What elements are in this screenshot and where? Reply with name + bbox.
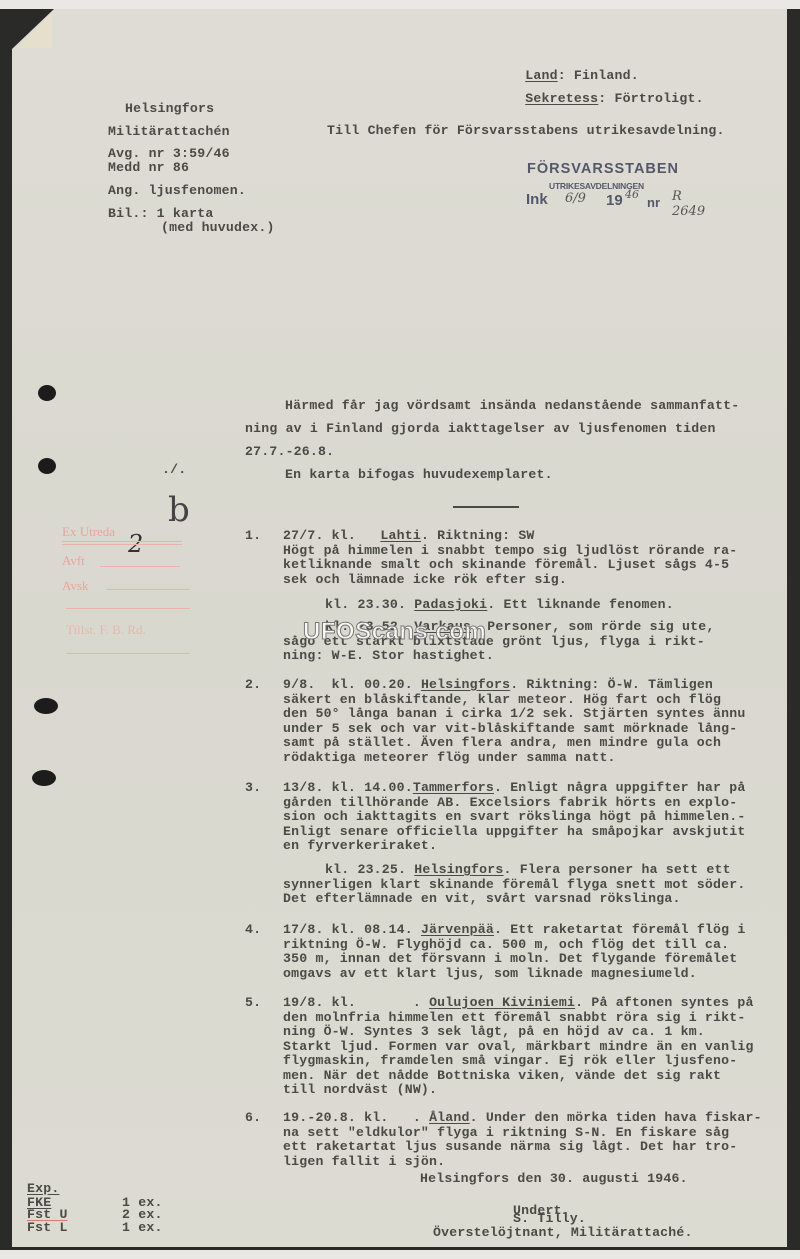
- item-text-line: flygmaskin, framdelen små vingar. Ej rök…: [283, 1053, 737, 1068]
- item-heading: 19.-20.8. kl. . Åland. Under den mörka t…: [283, 1110, 762, 1125]
- item-text-line: Högt på himmelen i snabbt tempo sig ljud…: [283, 543, 737, 558]
- punch-hole-icon: [38, 458, 56, 474]
- red-form-rule: [106, 589, 190, 590]
- item-text-line: Enligt senare officiella uppgifter ha sm…: [283, 824, 746, 839]
- distribution-count: 1 ex.: [122, 1220, 163, 1235]
- item-heading-rest: . Enligt några uppgifter har på: [494, 780, 746, 795]
- dispatch-number: Avg. nr 3:59/46: [108, 146, 230, 161]
- sub-item-place: Helsingfors: [414, 862, 503, 877]
- item-place: Åland: [429, 1110, 470, 1125]
- punch-hole-icon: [32, 770, 56, 786]
- red-form-rule: [100, 566, 180, 567]
- red-form-field-tillst: Tillst. F. B. Rd.: [66, 622, 146, 638]
- enclosure-line: Bil.: 1 karta: [108, 206, 213, 221]
- distribution-dest: Fst L: [27, 1220, 68, 1235]
- red-form-rule: [66, 653, 190, 654]
- stamp-nr-label: nr: [647, 195, 660, 210]
- red-form-field-utreda: Ex Utreda: [62, 524, 115, 540]
- item-text-line: sek och lämnade icke rök efter sig.: [283, 572, 567, 587]
- item-date-time: 13/8. kl. 14.00.: [283, 780, 413, 795]
- item-text-line: ketliknande smalt och skinande föremål. …: [283, 557, 729, 572]
- sub-item-time: kl. 23.25.: [325, 862, 414, 877]
- scan-edge-top: [0, 0, 800, 9]
- recipient-line: Till Chefen för Försvarsstabens utrikesa…: [327, 123, 725, 138]
- red-form-rule: [62, 541, 182, 542]
- sub-item-place: Padasjoki: [414, 597, 487, 612]
- punch-hole-icon: [38, 385, 56, 401]
- distribution-heading: Exp.: [27, 1181, 59, 1196]
- subject-line: Ang. ljusfenomen.: [108, 183, 246, 198]
- item-place: Tammerfors: [413, 780, 494, 795]
- item-heading: 27/7. kl. Lahti. Riktning: SW: [283, 528, 535, 543]
- sub-item-heading: kl. 23.30. Padasjoki. Ett liknande fenom…: [325, 597, 674, 612]
- intro-line-4: En karta bifogas huvudexemplaret.: [285, 467, 553, 482]
- section-divider: [453, 506, 519, 508]
- item-text-line: men. När det nådde Bottniska viken, vänd…: [283, 1068, 721, 1083]
- item-number: 6.: [245, 1110, 261, 1125]
- item-text-line: ett raketartat ljus susande närma sig lå…: [283, 1139, 737, 1154]
- item-text-line: synnerligen klart skinande föremål flyga…: [283, 877, 746, 892]
- item-heading-rest: . På aftonen syntes på: [575, 995, 754, 1010]
- sub-item-text: . Personer, som rörde sig ute,: [471, 619, 714, 634]
- item-text-line: den 50° långa banan i cirka 1/2 sek. Stj…: [283, 706, 746, 721]
- item-date-time: 27/7. kl.: [283, 528, 380, 543]
- item-text-line: sion och iakttagits en svart rökslinga h…: [283, 809, 746, 824]
- item-number: 2.: [245, 677, 261, 692]
- item-heading-rest: . Riktning: Ö-W. Tämligen: [510, 677, 713, 692]
- item-text-line: en fyrverkeriraket.: [283, 838, 437, 853]
- item-text-line: riktning Ö-W. Flyghöjd ca. 500 m, och fl…: [283, 937, 729, 952]
- item-number: 1.: [245, 528, 261, 543]
- item-date-time: 17/8. kl. 08.14.: [283, 922, 421, 937]
- place-and-date: Helsingfors den 30. augusti 1946.: [420, 1171, 688, 1186]
- red-form-rule: [62, 544, 182, 545]
- secrecy-label: Sekretess: [525, 91, 598, 106]
- item-text-line: till nordväst (NW).: [283, 1082, 437, 1097]
- item-heading-rest: . Riktning: SW: [421, 528, 535, 543]
- item-text-line: ligen fallit i sjön.: [283, 1154, 445, 1169]
- sender-office: Militärattachén: [108, 124, 230, 139]
- stamp-title: FÖRSVARSSTABEN: [527, 161, 679, 177]
- intro-line-3: 27.7.-26.8.: [245, 444, 334, 459]
- item-text-line: 350 m, innan det försvann i moln. Det fl…: [283, 951, 737, 966]
- item-number: 3.: [245, 780, 261, 795]
- received-year: 46: [625, 188, 639, 201]
- message-number: Medd nr 86: [108, 160, 189, 175]
- secrecy-value: : Förtroligt.: [598, 91, 703, 106]
- sub-item-time: kl. 23.30.: [325, 597, 414, 612]
- red-form-field-avsk: Avsk: [62, 578, 88, 594]
- signatory-title: Överstelöjtnant, Militärattaché.: [433, 1225, 693, 1240]
- sub-item-text: . Flera personer ha sett ett: [504, 862, 731, 877]
- item-place: Oulujoen Kiviniemi: [429, 995, 575, 1010]
- punch-hole-icon: [34, 698, 58, 714]
- item-text-line: na sett "eldkulor" flyga i riktning S-N.…: [283, 1125, 729, 1140]
- item-text-line: ning Ö-W. Syntes 3 sek lågt, på en höjd …: [283, 1024, 705, 1039]
- item-text-line: Starkt ljud. Formen var oval, märkbart m…: [283, 1039, 754, 1054]
- item-place: Järvenpää: [421, 922, 494, 937]
- item-heading: 13/8. kl. 14.00.Tammerfors. Enligt några…: [283, 780, 746, 795]
- scan-edge-bottom: [0, 1250, 800, 1259]
- intro-line-2: ning av i Finland gjorda iakttagelser av…: [245, 421, 716, 436]
- item-text-line: säkert en blåskiftande, klar meteor. Hög…: [283, 692, 721, 707]
- item-heading: 19/8. kl. . Oulujoen Kiviniemi. På afton…: [283, 995, 754, 1010]
- item-number: 5.: [245, 995, 261, 1010]
- item-heading: 9/8. kl. 00.20. Helsingfors. Riktning: Ö…: [283, 677, 713, 692]
- intro-line-1: Härmed får jag vördsamt insända nedanstå…: [285, 398, 739, 413]
- margin-handwriting-b: b: [168, 490, 190, 530]
- signatory-name: S. Tilly.: [513, 1211, 586, 1226]
- enclosure-mark: ./.: [162, 462, 186, 477]
- registry-number: R 2649: [672, 189, 705, 219]
- item-text-line: Det efterlämnade en vit, svårt varsnad r…: [283, 891, 681, 906]
- item-date-time: 9/8. kl. 00.20.: [283, 677, 421, 692]
- item-place: Helsingfors: [421, 677, 510, 692]
- item-text-line: ning: W-E. Stor hastighet.: [283, 648, 494, 663]
- stamp-ink-label: Ink: [526, 191, 548, 208]
- item-heading: 17/8. kl. 08.14. Järvenpää. Ett raketart…: [283, 922, 746, 937]
- item-text-line: under 5 sek och var vit-blåskiftande sam…: [283, 721, 737, 736]
- item-text-line: omgavs av ett klart ljus, som liknade ma…: [283, 966, 697, 981]
- secrecy-line: Sekretess: Förtroligt.: [509, 76, 704, 106]
- item-text-line: rödaktiga meteorer flög under samma natt…: [283, 750, 616, 765]
- item-date-time: 19.-20.8. kl. .: [283, 1110, 429, 1125]
- stamp-year-prefix: 19: [606, 192, 623, 209]
- received-date: 6/9: [565, 191, 586, 206]
- sub-item-heading: kl. 23.25. Helsingfors. Flera personer h…: [325, 862, 731, 877]
- item-date-time: 19/8. kl. .: [283, 995, 429, 1010]
- sender-city: Helsingfors: [125, 101, 214, 116]
- enclosure-note: (med huvudex.): [161, 220, 275, 235]
- item-place: Lahti: [380, 528, 421, 543]
- sub-item-text: . Ett liknande fenomen.: [487, 597, 674, 612]
- item-heading-rest: . Ett raketartat föremål flög i: [494, 922, 746, 937]
- item-number: 4.: [245, 922, 261, 937]
- item-text-line: gården tillhörande AB. Excelsiors fabrik…: [283, 795, 737, 810]
- item-heading-rest: . Under den mörka tiden hava fiskar-: [470, 1110, 762, 1125]
- red-form-rule: [66, 608, 190, 609]
- watermark-text: UFOScans.com: [303, 618, 486, 646]
- item-text-line: den molnfria himmelen ett föremål snabbt…: [283, 1010, 746, 1025]
- item-text-line: samt på stället. Även flera andra, men m…: [283, 735, 721, 750]
- red-form-field-avft: Avft: [62, 553, 85, 569]
